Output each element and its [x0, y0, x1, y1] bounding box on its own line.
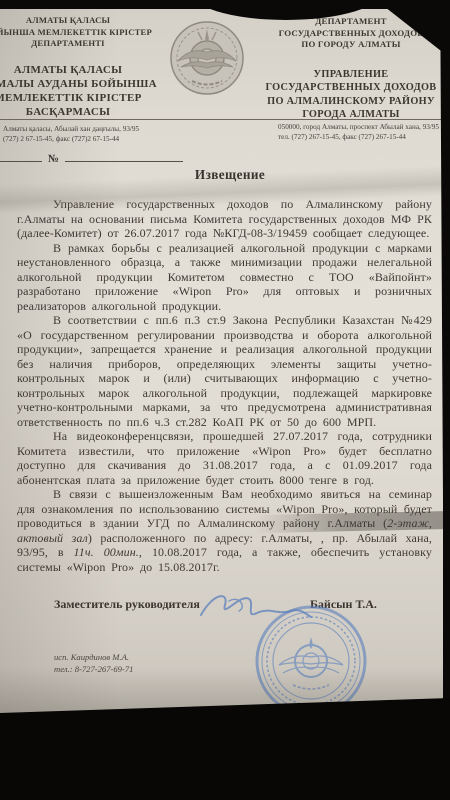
number-sign: № — [42, 153, 65, 165]
header-kazakh: АЛМАТЫ ҚАЛАСЫ БОЙЫНША МЕМЛЕКЕТТІК КІРІСТ… — [0, 15, 168, 119]
header-kk-line: АЛМАЛЫ АУДАНЫ БОЙЫНША — [0, 77, 168, 91]
photo-of-document: АЛМАТЫ ҚАЛАСЫ БОЙЫНША МЕМЛЕКЕТТІК КІРІСТ… — [0, 0, 450, 800]
photo-shadow-band — [255, 511, 443, 533]
letter-paper: АЛМАТЫ ҚАЛАСЫ БОЙЫНША МЕМЛЕКЕТТІК КІРІСТ… — [0, 7, 443, 713]
header-ru-line: УПРАВЛЕНИЕ — [258, 68, 443, 82]
blank-number-line — [65, 149, 183, 162]
blank-date-line — [0, 149, 42, 162]
signer-position: Заместитель руководителя — [54, 597, 200, 611]
paragraph-law: В соответствии с пп.6 п.3 ст.9 Закона Ре… — [17, 313, 432, 429]
address-line: (727) 2 67-15-45, факс (727)2 67-15-44 — [3, 135, 213, 145]
address-russian: 050000, город Алматы, проспект Абылай ха… — [278, 123, 443, 142]
header-divider-line — [0, 119, 443, 120]
header-kk-line: АЛМАТЫ ҚАЛАСЫ — [0, 15, 168, 27]
coat-of-arms-emblem — [168, 19, 246, 97]
header-ru-line: ПО ГОРОДУ АЛМАТЫ — [258, 39, 443, 51]
paragraph-wipon-app: В рамках борьбы с реализацией алкогольно… — [17, 241, 432, 314]
seminar-time-italic: 11ч. 00мин. — [74, 545, 139, 559]
header-kk-line: ДЕПАРТАМЕНТІ — [0, 38, 168, 50]
address-line: Алматы қаласы, Абылай хан даңғылы, 93/95 — [3, 125, 213, 135]
header-ru-line: ГОСУДАРСТВЕННЫХ ДОХОДОВ — [258, 81, 443, 95]
address-line: тел. (727) 267-15-45, факс (727) 267-15-… — [278, 133, 443, 143]
address-kazakh: Алматы қаласы, Абылай хан даңғылы, 93/95… — [3, 125, 213, 144]
reference-number-line: № — [0, 149, 260, 165]
header-kk-line: БАСҚАРМАСЫ — [0, 105, 168, 119]
header-russian: ДЕПАРТАМЕНТ ГОСУДАРСТВЕННЫХ ДОХОДОВ ПО Г… — [258, 16, 443, 122]
address-line: 050000, город Алматы, проспект Абылай ха… — [278, 123, 443, 133]
header-ru-line: ПО АЛМАЛИНСКОМУ РАЙОНУ — [258, 95, 443, 109]
header-kk-line: МЕМЛЕКЕТТІК КІРІСТЕР — [0, 91, 168, 105]
header-kk-line: БОЙЫНША МЕМЛЕКЕТТІК КІРІСТЕР — [0, 27, 168, 39]
executor-name: исп. Каирдинов М.А. — [54, 652, 133, 664]
paragraph-videoconference: На видеоконференцсвязи, прошедшей 27.07.… — [17, 429, 432, 487]
header-kk-line: АЛМАТЫ ҚАЛАСЫ — [0, 63, 168, 77]
